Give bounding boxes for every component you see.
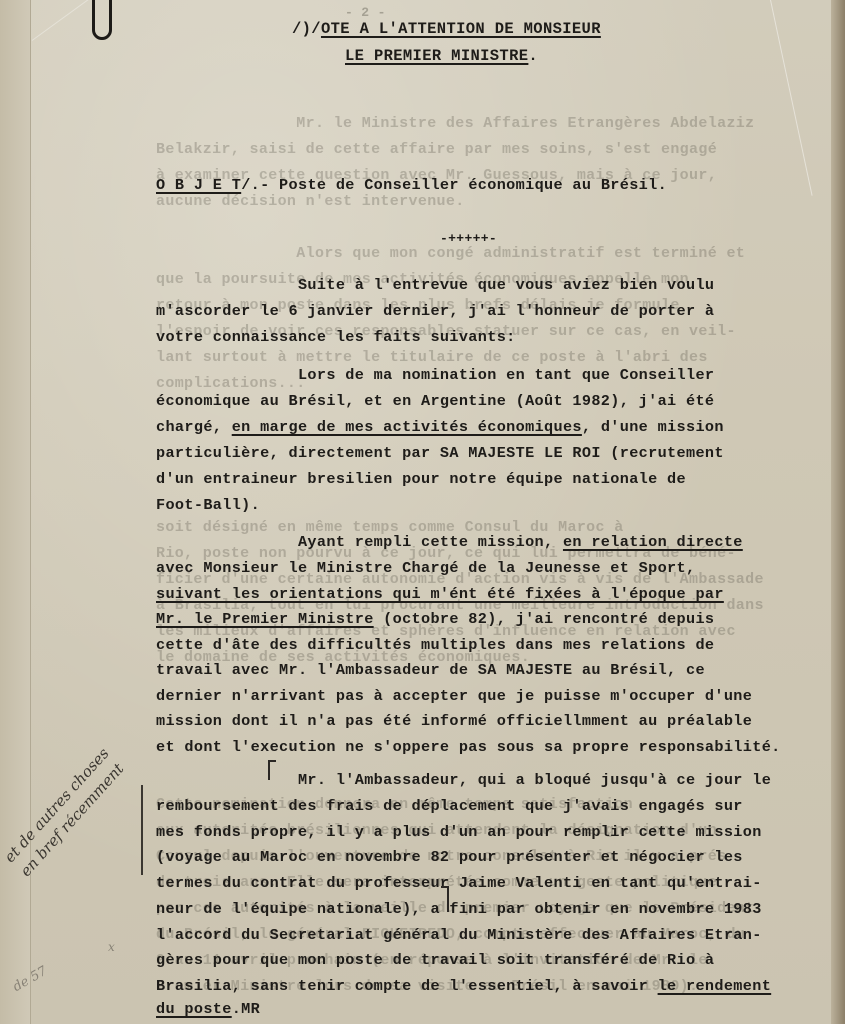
subject-text: Poste de Conseiller économique au Brésil… [279, 176, 667, 194]
heading-text-2: LE PREMIER MINISTRE [345, 47, 528, 65]
line-text: Brasilia, sans tenir compte de l'essenti… [156, 977, 658, 995]
body-line: m'ascorder le 6 janvier dernier, j'ai l'… [156, 304, 714, 319]
body-line: Ayant rempli cette mission, en relation … [156, 535, 743, 550]
body-line: neur de l'équipe nationale), a fini par … [156, 902, 762, 917]
line-text: Ayant rempli cette mission, [156, 533, 563, 551]
body-line: Brasilia, sans tenir compte de l'essenti… [156, 979, 771, 994]
bracket-mark-close-top [441, 886, 449, 888]
body-line: chargé, en marge de mes activités économ… [156, 420, 724, 435]
bleed-through-line: lant surtout à mettre le titulaire de ce… [156, 350, 708, 365]
line-text: .MR [232, 1000, 260, 1018]
subject-label: O B J E T [156, 176, 241, 194]
body-line: gères pour que mon poste de travail soit… [156, 953, 714, 968]
body-line: votre connaissance les faits suivants: [156, 330, 516, 345]
memo-heading-line1: /)/OTE A L'ATTENTION DE MONSIEUR [292, 22, 601, 38]
paper-edge-right [831, 0, 845, 1024]
body-line: termes du contrat du professeur Jaime Va… [156, 876, 762, 891]
paper-fold-right [770, 0, 813, 196]
underlined-text: suivant les orientations qui m'ént été f… [156, 585, 724, 603]
body-line: et dont l'execution ne s'oppere pas sous… [156, 740, 781, 755]
body-line: Foot-Ball). [156, 498, 260, 513]
underlined-text: en marge de mes activités économiques [232, 418, 582, 436]
bracket-mark-close [447, 886, 449, 912]
heading-text-1: OTE A L'ATTENTION DE MONSIEUR [321, 20, 601, 38]
underlined-text: en relation directe [563, 533, 743, 551]
body-line: mission dont il n'a pas été informé offi… [156, 714, 752, 729]
bleed-through-line: Belakzir, saisi de cette affaire par mes… [156, 142, 717, 157]
body-line: remboursement des frais de déplacement q… [156, 799, 743, 814]
bleed-through-line: aucune décision n'est intervenue. [156, 194, 465, 209]
heading-prefix: /)/ [292, 20, 321, 38]
subject-line: O B J E T/.- Poste de Conseiller économi… [156, 178, 667, 193]
margin-vertical-line [141, 785, 143, 875]
body-line: économique au Brésil, et en Argentine (A… [156, 394, 714, 409]
body-line: Mr. le Premier Ministre (octobre 82), j'… [156, 612, 714, 627]
paperclip-icon [92, 0, 112, 40]
body-line: dernier n'arrivant pas à accepter que je… [156, 689, 752, 704]
body-line: mes fonds propre, il y a plus d'un an po… [156, 825, 762, 840]
page-number: - 2 - [345, 6, 386, 19]
body-line: (voyage au Maroc en novembre 82 pour pré… [156, 850, 743, 865]
body-line: particulière, directement par SA MAJESTE… [156, 446, 724, 461]
bleed-through-line: Mr. le Ministre des Affaires Etrangères … [156, 116, 755, 131]
line-text: , d'une mission [582, 418, 724, 436]
body-line: l'accord du Secretariat général du Minis… [156, 928, 762, 943]
separator: -+++++- [440, 232, 497, 245]
line-text: (octobre 82), j'ai rencontré depuis [374, 610, 715, 628]
body-line: avec Monsieur le Ministre Chargé de la J… [156, 561, 695, 576]
body-line: Lors de ma nomination en tant que Consei… [156, 368, 714, 383]
bracket-mark-open [268, 760, 270, 780]
bleed-through-line: Alors que mon congé administratif est te… [156, 246, 745, 261]
underlined-text: du poste [156, 1000, 232, 1018]
body-line: du poste.MR [156, 1002, 260, 1017]
memo-heading-line2: LE PREMIER MINISTRE. [345, 49, 538, 65]
body-line: cette d'âte des difficultés multiples da… [156, 638, 714, 653]
document-page: Mr. le Ministre des Affaires Etrangères … [0, 0, 845, 1024]
body-line: Suite à l'entrevue que vous aviez bien v… [156, 278, 714, 293]
body-line: Mr. l'Ambassadeur, qui a bloqué jusqu'à … [156, 773, 771, 788]
margin-note-faint-2: x [108, 940, 115, 954]
body-line: travail avec Mr. l'Ambassadeur de SA MAJ… [156, 663, 705, 678]
body-line: suivant les orientations qui m'ént été f… [156, 587, 724, 602]
underlined-text: le rendement [658, 977, 772, 995]
bracket-mark-open-top [268, 760, 276, 762]
body-line: d'un entraineur bresilien pour notre équ… [156, 472, 686, 487]
line-text: chargé, [156, 418, 232, 436]
underlined-text: Mr. le Premier Ministre [156, 610, 374, 628]
